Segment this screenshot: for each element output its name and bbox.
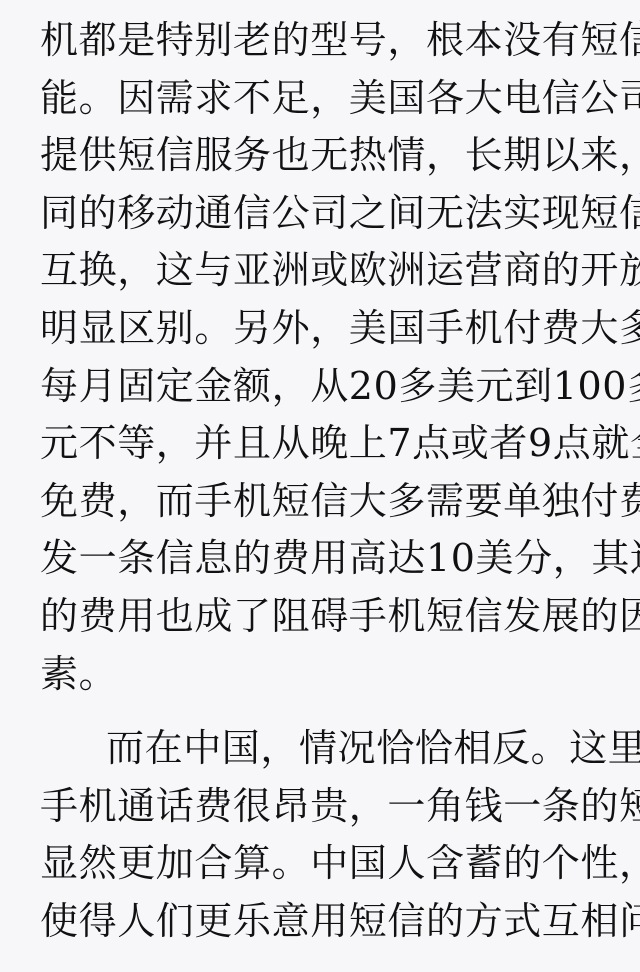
text-line: 显然更加合算。中国人含蓄的个性，也 [40, 835, 606, 893]
text-line: 每月固定金额，从20多美元到100多美 [40, 358, 606, 416]
document-page: 机都是特别老的型号，根本没有短信功 能。因需求不足，美国各大电信公司对 提供短信… [40, 12, 606, 951]
text-line: 明显区别。另外，美国手机付费大多是 [40, 300, 606, 358]
text-line: 的费用也成了阻碍手机短信发展的因 [40, 588, 606, 646]
paragraph-1: 机都是特别老的型号，根本没有短信功 能。因需求不足，美国各大电信公司对 提供短信… [40, 12, 606, 703]
text-line: 提供短信服务也无热情，长期以来，不 [40, 127, 606, 185]
text-line: 发一条信息的费用高达10美分，其过高 [40, 530, 606, 588]
text-line-indented: 而在中国，情况恰恰相反。这里的 [40, 720, 606, 778]
text-line: 素。 [40, 646, 606, 704]
text-line: 手机通话费很昂贵，一角钱一条的短信 [40, 778, 606, 836]
text-line: 同的移动通信公司之间无法实现短信息 [40, 185, 606, 243]
paragraph-2: 而在中国，情况恰恰相反。这里的 手机通话费很昂贵，一角钱一条的短信 显然更加合算… [40, 720, 606, 950]
text-line: 互换，这与亚洲或欧洲运营商的开放有 [40, 242, 606, 300]
text-line: 免费，而手机短信大多需要单独付费， [40, 473, 606, 531]
text-line: 元不等，并且从晚上7点或者9点就全部 [40, 415, 606, 473]
text-line: 机都是特别老的型号，根本没有短信功 [40, 12, 606, 70]
text-line: 使得人们更乐意用短信的方式互相问 [40, 893, 606, 951]
text-line: 能。因需求不足，美国各大电信公司对 [40, 70, 606, 128]
paragraph-spacer [40, 703, 606, 720]
